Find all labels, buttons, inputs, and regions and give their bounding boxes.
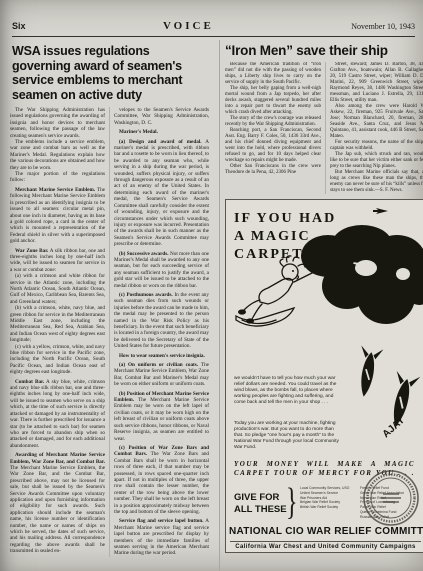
section-heading: Mariner's Medal. (119, 129, 158, 135)
section-heading: Awarding of Merchant Marine Service Embl… (10, 452, 105, 464)
wsa-headline: WSA issues regulations governing award o… (12, 44, 210, 102)
page-header: Six VOICE November 10, 1943 (12, 20, 415, 37)
section-heading: War Zone Bar. (15, 248, 48, 254)
agency-list-column-1: Local Community Services, USO United Sea… (300, 486, 362, 510)
plane-icon (373, 208, 388, 214)
paragraph: Service flag and service lapel button. A… (114, 518, 209, 556)
paragraph: Awarding of Merchant Marine Service Embl… (10, 452, 105, 555)
section-heading: Service flag and service lapel button. (119, 518, 204, 524)
wsa-column-2: velopes to the Seamen's Service Awards C… (109, 107, 209, 557)
wsa-columns: The War Shipping Administration has issu… (10, 107, 213, 557)
paragraph: (c) Position of War Zone Bars and Combat… (114, 445, 209, 515)
section-heading: Combat Bar. (15, 379, 44, 385)
paragraph: Other San Franciscans in the crew were T… (225, 164, 321, 176)
iron-men-columns: Because the American tradition of “iron … (225, 62, 423, 194)
paragraph: The War Shipping Administration has issu… (10, 107, 105, 139)
ad-body-paragraph-1: we wouldn't have to tell you how much yo… (234, 376, 340, 406)
masthead-title: VOICE (163, 20, 214, 32)
ad-body-paragraph-2: Today you are working at your machine, f… (234, 421, 340, 451)
give-label: GIVE FOR ALL THESE (234, 492, 287, 515)
paragraph: For security reasons, the name of the sh… (330, 140, 423, 152)
war-relief-advertisement: IF YOU HAD A MAGIC CARPET... (225, 199, 423, 553)
paragraph: Merchant Marine Service Emblem. The foll… (10, 187, 105, 245)
paragraph: But Merchant Marine officials say that, … (330, 170, 423, 194)
brace-icon: } (286, 482, 298, 525)
page-content: WSA issues regulations governing award o… (10, 40, 419, 571)
paragraph: (a) On uniform or civilian coats. The Me… (114, 362, 209, 388)
article-wsa-regulations: WSA issues regulations governing award o… (10, 40, 213, 571)
wsa-column-1: The War Shipping Administration has issu… (10, 107, 105, 557)
section-heading: (a) Design and award of medal. (119, 139, 202, 145)
paragraph: (b) with a crimson, white, navy blue, an… (10, 305, 105, 343)
article-iron-men: “Iron Men” save their ship Because the A… (225, 43, 423, 194)
paragraph: Because the American tradition of “iron … (225, 62, 321, 86)
paragraph: The Jap sub, which struck and ran, would… (330, 152, 423, 170)
relief-seal-stamp (361, 468, 421, 528)
paragraph: (a) with a crimson and white ribbon for … (10, 273, 105, 305)
paragraph: War Zone Bar. A silk ribbon bar, one and… (10, 248, 105, 274)
paragraph: Combat Bar. A sky blue, white, crimson a… (10, 379, 105, 449)
paragraph: (c) Posthumous awards. In the event any … (114, 292, 209, 350)
committee-name: NATIONAL CIO WAR RELIEF COMMITTEE (229, 526, 422, 537)
section-heading: (b) Successive awards. (119, 251, 169, 257)
newspaper-page: Six VOICE November 10, 1943 WSA issues r… (0, 0, 423, 571)
footer-rule (230, 541, 421, 542)
paragraph: How to wear seamen's service insignia. (114, 353, 209, 359)
section-heading: (a) On uniform or civilian coats. (119, 362, 198, 368)
page-number-label: Six (12, 21, 26, 31)
iron-men-headline: “Iron Men” save their ship (225, 43, 423, 58)
section-heading: Merchant Marine Service Emblem. (15, 187, 95, 193)
paragraph: The ship, her belly gaping from a well-n… (225, 86, 321, 116)
paragraph: The major portion of the regulations fol… (10, 171, 105, 184)
paragraph: The story of the crew's courage was rele… (225, 116, 321, 128)
paragraph: (b) Position of Merchant Marine Service … (114, 391, 209, 442)
paragraph: The emblems include a service emblem, wa… (10, 139, 105, 171)
artist-signature: AJAY (381, 415, 408, 441)
bomb-icon (353, 345, 384, 398)
right-half: “Iron Men” save their ship Because the A… (219, 40, 423, 571)
smoke-cloud-illustration (301, 225, 423, 324)
paragraph: Street, steward; James D. Barton, 38, 43… (330, 62, 423, 104)
paragraph: Reaching port, a San Franciscan, Second … (225, 128, 321, 164)
campaign-footer: California War Chest and United Communit… (226, 544, 423, 550)
agency-item: British War Relief Society (300, 505, 362, 510)
paragraph: (a) Design and award of medal. A mariner… (114, 139, 209, 248)
issue-date: November 10, 1943 (351, 22, 415, 31)
iron-men-column-2: Street, steward; James D. Barton, 38, 43… (325, 62, 423, 194)
section-heading: How to wear seamen's service insignia. (119, 353, 205, 359)
paragraph: (c) with a yellow, crimson, white, and n… (10, 344, 105, 376)
paragraph: Also among the crew were Harold W. Askew… (330, 104, 423, 140)
iron-men-column-1: Because the American tradition of “iron … (225, 62, 321, 194)
paragraph: velopes to the Seamen's Service Awards C… (114, 107, 209, 126)
paragraph: (b) Successive awards. Not more than one… (114, 251, 209, 289)
paragraph: Mariner's Medal. (114, 129, 209, 135)
